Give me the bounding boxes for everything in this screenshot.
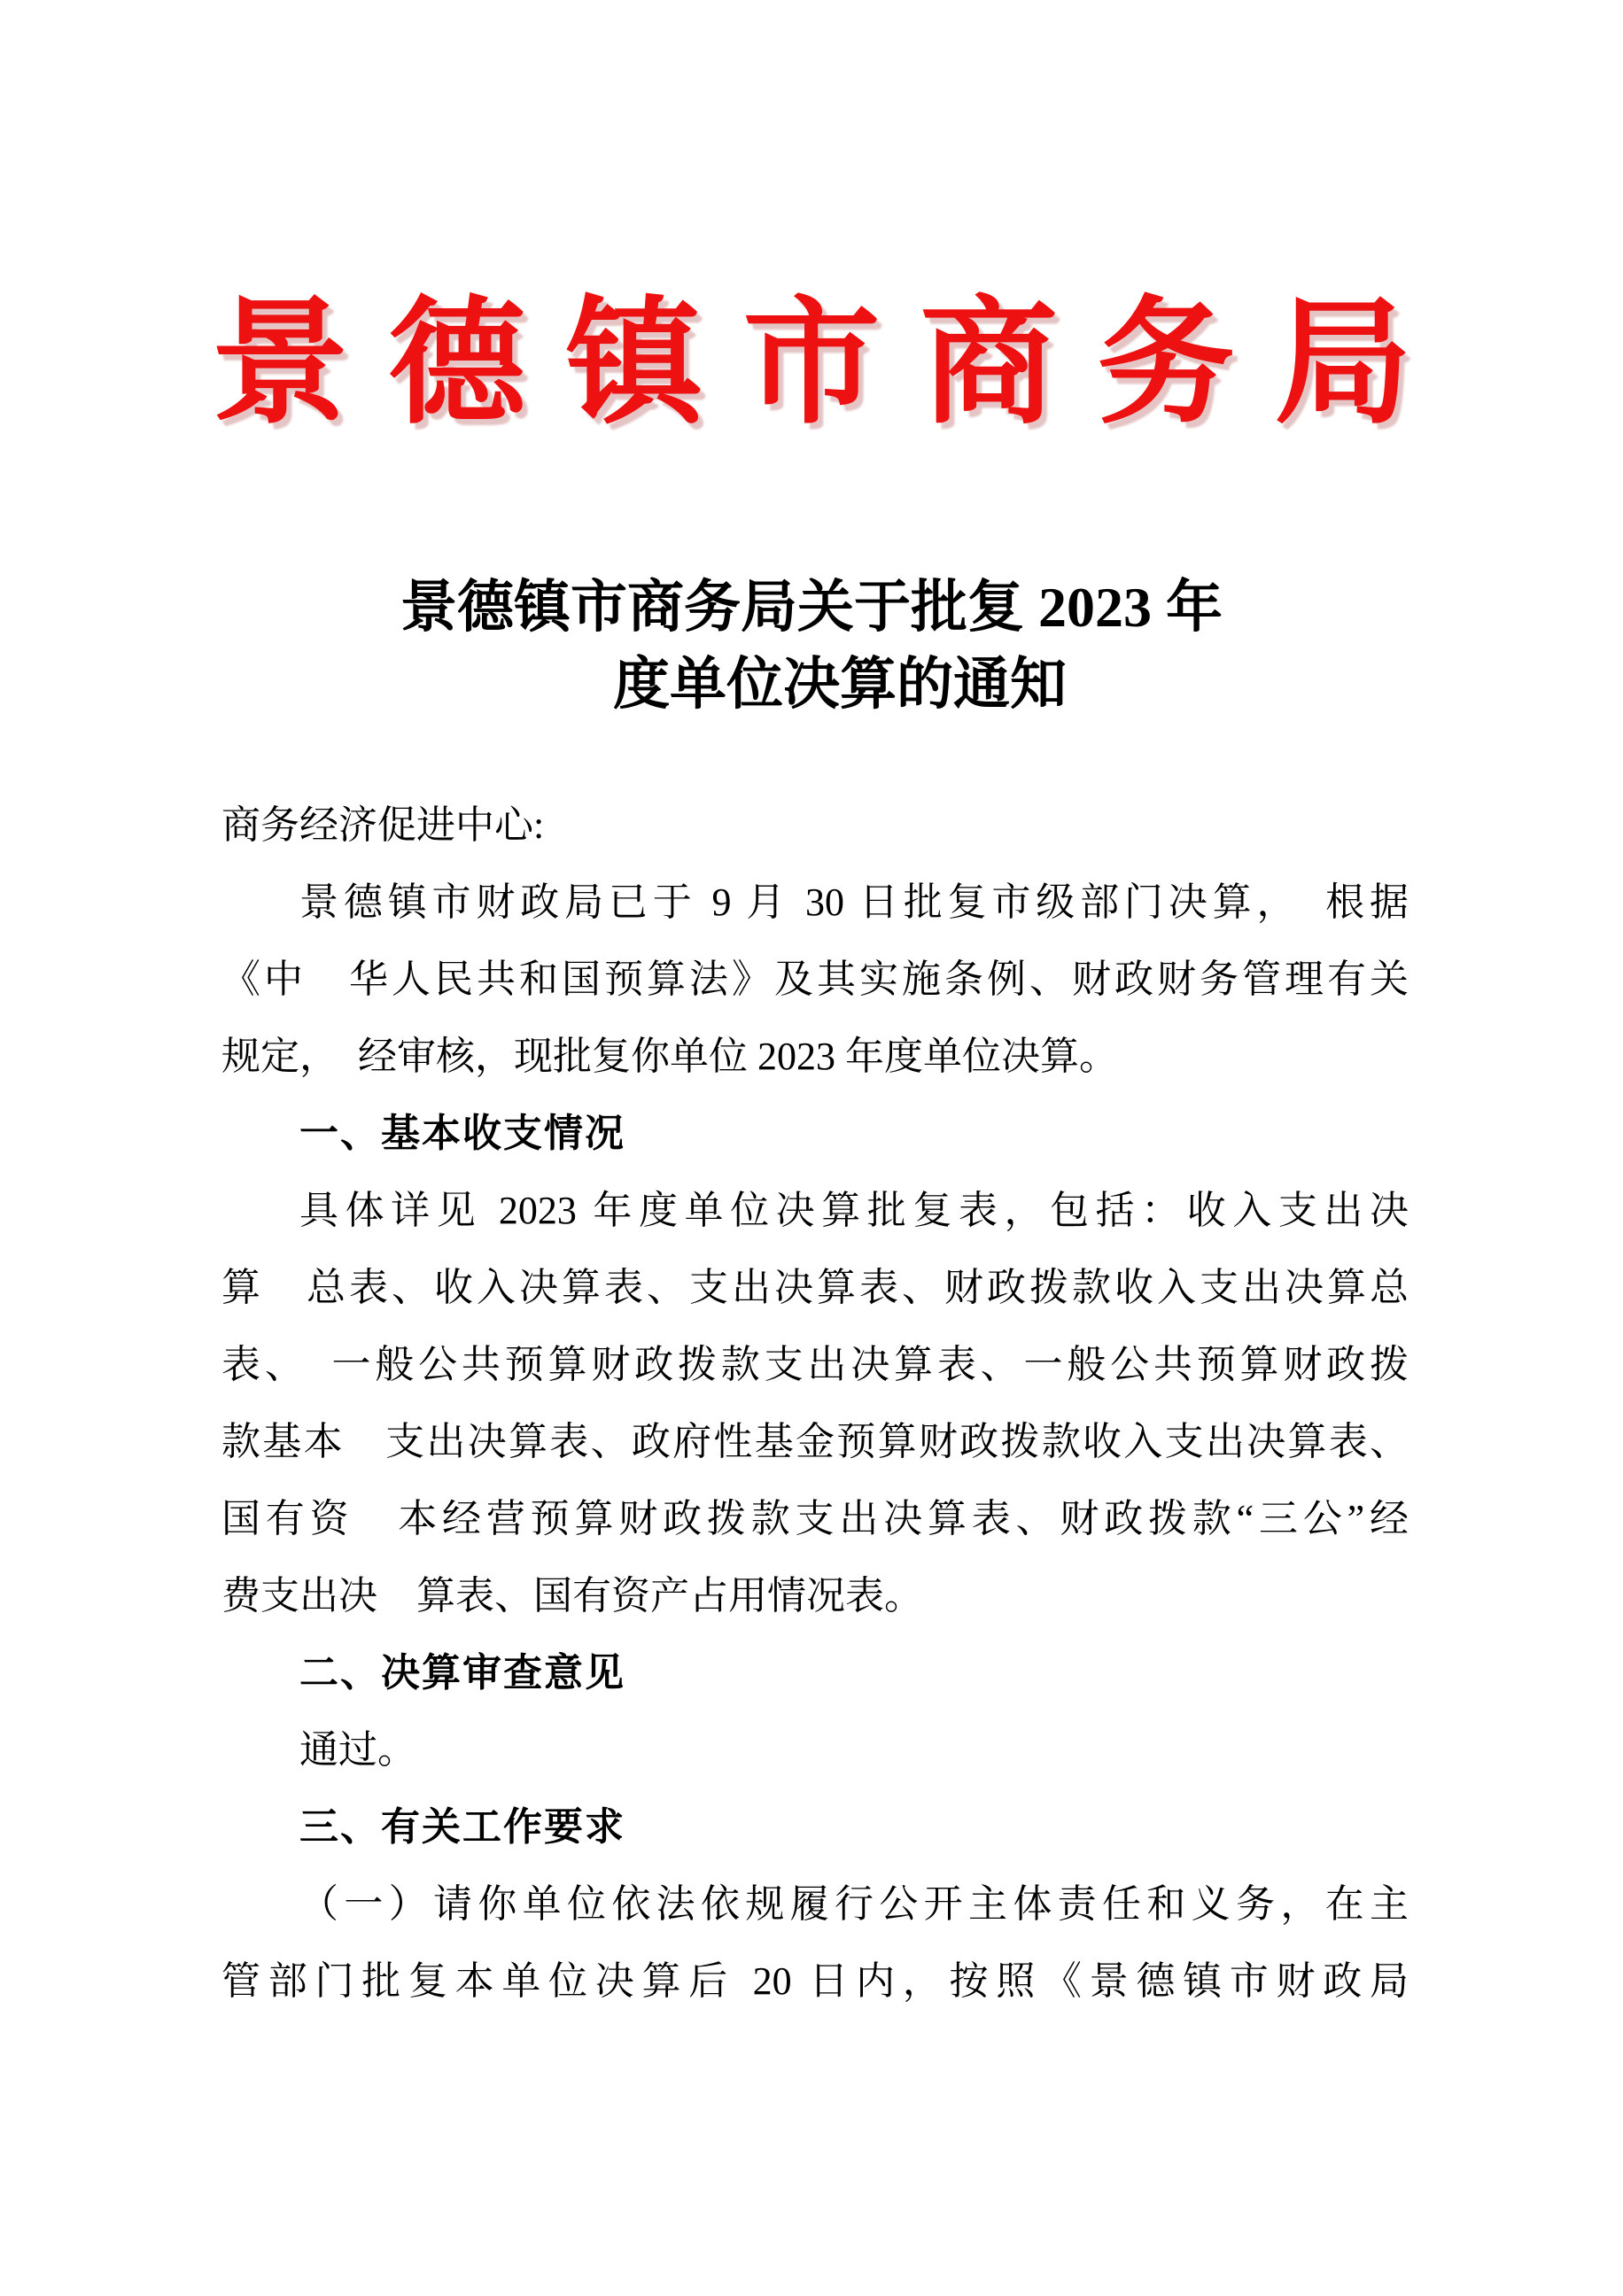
document-page: 景德镇市商务局 景德镇市商务局关于批复 2023 年 度单位决算的通知 商务经济… — [0, 0, 1623, 2296]
paragraph-line: 《中 华人民共和国预算法》及其实施条例、财政财务管理有关 — [221, 941, 1409, 1018]
paragraph-line: 规定， 经审核，现批复你单位 2023 年度单位决算。 — [221, 1018, 1409, 1095]
paragraph-line: 国有资 本经营预算财政拨款支出决算表、财政拨款“三公”经 — [221, 1480, 1409, 1557]
document-title: 景德镇市商务局关于批复 2023 年 度单位决算的通知 — [0, 569, 1623, 723]
paragraph-line: 表、 一般公共预算财政拨款支出决算表、一般公共预算财政拨 — [221, 1326, 1409, 1403]
paragraph-line: 管部门批复本单位决算后 20 日内，按照《景德镇市财政局 — [221, 1943, 1409, 2020]
section-heading-2: 二、决算审查意见 — [221, 1634, 1409, 1711]
salutation: 商务经济促进中心: — [221, 787, 1409, 864]
paragraph-line: 景德镇市财政局已于 9 月 30 日批复市级部门决算， 根据 — [221, 864, 1409, 941]
paragraph-line: 具体详见 2023 年度单位决算批复表，包括：收入支出决 — [221, 1172, 1409, 1249]
agency-letterhead: 景德镇市商务局 — [0, 285, 1623, 443]
paragraph-line: （一）请你单位依法依规履行公开主体责任和义务，在主 — [221, 1865, 1409, 1943]
paragraph-line: 算 总表、收入决算表、支出决算表、财政拨款收入支出决算总 — [221, 1249, 1409, 1326]
paragraph-line: 费支出决 算表、国有资产占用情况表。 — [221, 1557, 1409, 1634]
paragraph-line: 款基本 支出决算表、政府性基金预算财政拨款收入支出决算表、 — [221, 1403, 1409, 1480]
document-title-line2: 度单位决算的通知 — [28, 646, 1623, 723]
document-title-line1: 景德镇市商务局关于批复 2023 年 — [0, 569, 1623, 646]
section-heading-3: 三、有关工作要求 — [221, 1788, 1409, 1865]
document-body: 商务经济促进中心: 景德镇市财政局已于 9 月 30 日批复市级部门决算， 根据… — [221, 787, 1409, 2020]
paragraph-line: 通过。 — [221, 1711, 1409, 1788]
section-heading-1: 一、基本收支情况 — [221, 1095, 1409, 1172]
